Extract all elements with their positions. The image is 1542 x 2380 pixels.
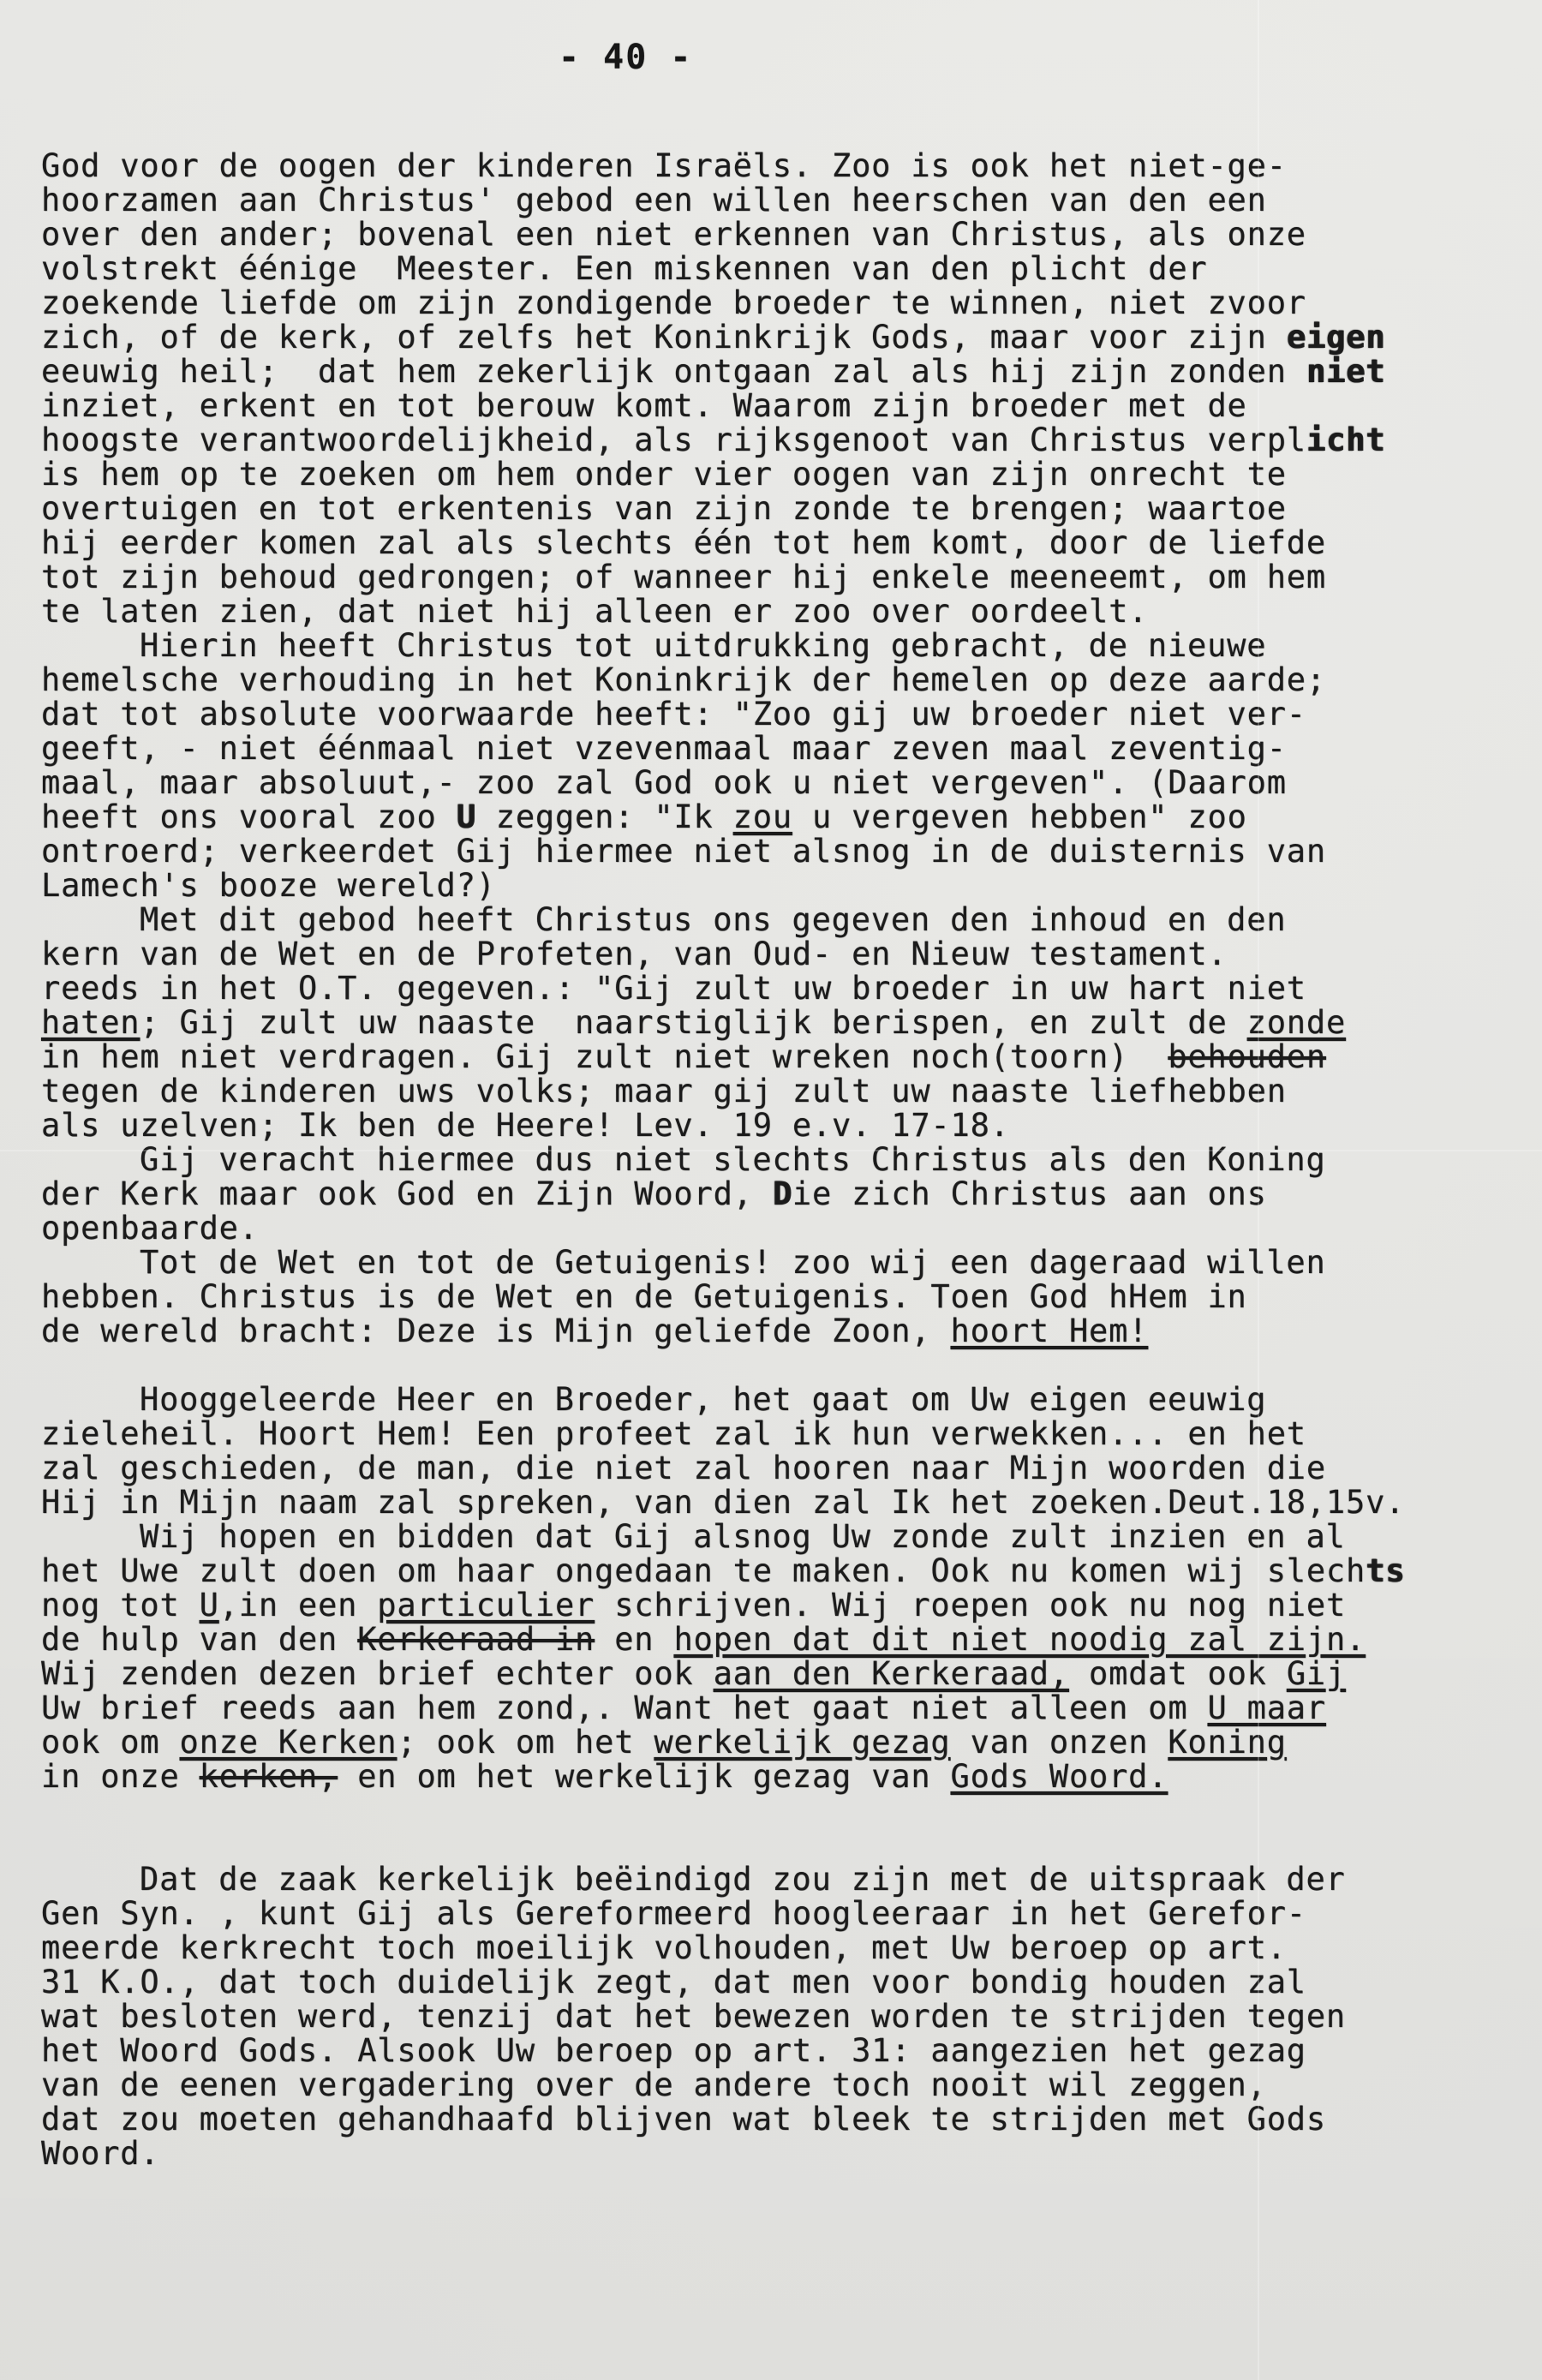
text-line: eeuwig heil; dat hem zekerlijk ontgaan z…: [41, 355, 1497, 389]
text-line: ook om onze Kerken; ook om het werkelijk…: [41, 1725, 1497, 1760]
text-line: het Woord Gods. Alsook Uw beroep op art.…: [41, 2034, 1497, 2068]
text-segment: ; Gij zult uw naaste naarstiglijk berisp…: [140, 1004, 1246, 1041]
text-segment: Tot de Wet en tot de Getuigenis! zoo wij…: [140, 1244, 1326, 1281]
text-line: hoogste verantwoordelijkheid, als rijksg…: [41, 423, 1497, 457]
text-line: wat besloten werd, tenzij dat het beweze…: [41, 2000, 1497, 2034]
underlined-text: haten: [41, 1004, 140, 1041]
text-segment: maal, maar absoluut,- zoo zal God ook u …: [41, 764, 1287, 801]
text-segment: ; ook om het: [397, 1724, 654, 1761]
text-segment: te laten zien, dat niet hij alleen er zo…: [41, 593, 1148, 630]
text-line: Met dit gebod heeft Christus ons gegeven…: [41, 903, 1497, 937]
text-segment: Wij hopen en bidden dat Gij alsnog Uw zo…: [140, 1518, 1346, 1555]
typewritten-text: God voor de oogen der kinderen Israëls. …: [41, 149, 1497, 2171]
paragraph: Met dit gebod heeft Christus ons gegeven…: [41, 903, 1497, 1143]
text-segment: u vergeven hebben" zoo: [792, 798, 1247, 835]
text-segment: God voor de oogen der kinderen Israëls. …: [41, 147, 1287, 184]
text-line: Uw brief reeds aan hem zond,. Want het g…: [41, 1691, 1497, 1725]
text-segment: zeggen: "Ik: [476, 798, 733, 835]
underlined-text: zonde: [1247, 1004, 1346, 1041]
text-line: der Kerk maar ook God en Zijn Woord, Die…: [41, 1177, 1497, 1211]
text-line: hij eerder komen zal als slechts één tot…: [41, 526, 1497, 560]
underlined-text: Gij: [1287, 1655, 1346, 1692]
text-segment: heeft ons vooral zoo: [41, 798, 457, 835]
text-line: meerde kerkrecht toch moeilijk volhouden…: [41, 1931, 1497, 1965]
text-segment: en: [595, 1621, 673, 1658]
underlined-text: Gods Woord.: [951, 1758, 1168, 1795]
text-segment: is hem op te zoeken om hem onder vier oo…: [41, 456, 1287, 493]
text-segment: D: [773, 1175, 792, 1212]
text-segment: ontroerd; verkeerdet Gij hiermee niet al…: [41, 833, 1326, 870]
paragraph: Wij hopen en bidden dat Gij alsnog Uw zo…: [41, 1520, 1497, 1794]
text-line: God voor de oogen der kinderen Israëls. …: [41, 149, 1497, 183]
text-line: Wij hopen en bidden dat Gij alsnog Uw zo…: [41, 1520, 1497, 1554]
text-line: zoekende liefde om zijn zondigende broed…: [41, 286, 1497, 320]
paragraph: God voor de oogen der kinderen Israëls. …: [41, 149, 1497, 629]
text-segment: meerde kerkrecht toch moeilijk volhouden…: [41, 1929, 1287, 1966]
text-segment: en om het werkelijk gezag van: [338, 1758, 950, 1795]
text-segment: inziet, erkent en tot berouw komt. Waaro…: [41, 387, 1247, 424]
text-line: geeft, - niet éénmaal niet vzevenmaal ma…: [41, 732, 1497, 766]
text-line: over den ander; bovenal een niet erkenne…: [41, 218, 1497, 252]
text-segment: hebben. Christus is de Wet en de Getuige…: [41, 1278, 1247, 1315]
text-segment: overtuigen en tot erkentenis van zijn zo…: [41, 490, 1287, 527]
text-segment: hoogste verantwoordelijkheid, als rijksg…: [41, 422, 1306, 458]
text-line: zich, of de kerk, of zelfs het Koninkrij…: [41, 320, 1497, 355]
text-line: inziet, erkent en tot berouw komt. Waaro…: [41, 389, 1497, 423]
text-line: tegen de kinderen uws volks; maar gij zu…: [41, 1074, 1497, 1109]
underlined-text: onze Kerken: [180, 1724, 397, 1761]
text-segment: ,in een: [219, 1587, 378, 1624]
underlined-text: werkelijk gezag: [654, 1724, 950, 1761]
underlined-text: hopen dat dit niet noodig zal zijn.: [673, 1621, 1366, 1658]
text-line: Hierin heeft Christus tot uitdrukking ge…: [41, 629, 1497, 663]
text-line: de hulp van den Kerkeraad in en hopen da…: [41, 1623, 1497, 1657]
text-segment: ie zich Christus aan ons: [792, 1175, 1267, 1212]
underlined-text: particulier: [377, 1587, 595, 1624]
text-line: van de eenen vergadering over de andere …: [41, 2068, 1497, 2102]
text-segment: Dat de zaak kerkelijk beëindigd zou zijn…: [140, 1861, 1346, 1898]
text-line: in onze kerken, en om het werkelijk geza…: [41, 1760, 1497, 1794]
text-segment: Met dit gebod heeft Christus ons gegeven…: [140, 901, 1286, 938]
text-line: hebben. Christus is de Wet en de Getuige…: [41, 1280, 1497, 1314]
text-line: 31 K.O., dat toch duidelijk zegt, dat me…: [41, 1965, 1497, 2000]
text-segment: Lamech's booze wereld?): [41, 867, 496, 904]
text-segment: tegen de kinderen uws volks; maar gij zu…: [41, 1073, 1287, 1109]
text-segment: Hooggeleerde Heer en Broeder, het gaat o…: [140, 1381, 1266, 1418]
text-segment: niet: [1306, 353, 1385, 390]
text-line: het Uwe zult doen om haar ongedaan te ma…: [41, 1554, 1497, 1588]
text-segment: als uzelven; Ik ben de Heere! Lev. 19 e.…: [41, 1107, 1010, 1144]
text-segment: openbaarde.: [41, 1210, 259, 1247]
text-segment: zal geschieden, de man, die niet zal hoo…: [41, 1450, 1326, 1486]
text-line: is hem op te zoeken om hem onder vier oo…: [41, 457, 1497, 492]
text-segment: Uw brief reeds aan hem zond,. Want het g…: [41, 1689, 1207, 1726]
text-segment: reeds in het O.T. gegeven.: "Gij zult uw…: [41, 970, 1306, 1007]
text-segment: ook om: [41, 1724, 180, 1761]
struck-text: Kerkeraad in: [357, 1621, 595, 1658]
text-segment: geeft, - niet éénmaal niet vzevenmaal ma…: [41, 730, 1287, 767]
text-segment: zoekende liefde om zijn zondigende broed…: [41, 284, 1306, 321]
text-segment: 31 K.O., dat toch duidelijk zegt, dat me…: [41, 1964, 1306, 2000]
text-line: als uzelven; Ik ben de Heere! Lev. 19 e.…: [41, 1109, 1497, 1143]
text-segment: volstrekt éénige Meester. Een miskennen …: [41, 250, 1207, 287]
text-line: Hij in Mijn naam zal spreken, van dien z…: [41, 1486, 1497, 1520]
text-line: Hooggeleerde Heer en Broeder, het gaat o…: [41, 1383, 1497, 1417]
text-segment: omdat ook: [1069, 1655, 1287, 1692]
underlined-text: Koning: [1168, 1724, 1286, 1761]
text-segment: Wij zenden dezen brief echter ook: [41, 1655, 714, 1692]
text-line: ontroerd; verkeerdet Gij hiermee niet al…: [41, 834, 1497, 869]
paragraph: Gij veracht hiermee dus niet slechts Chr…: [41, 1143, 1497, 1246]
text-line: Lamech's booze wereld?): [41, 869, 1497, 903]
text-segment: nog tot: [41, 1587, 200, 1624]
paragraph: Hooggeleerde Heer en Broeder, het gaat o…: [41, 1383, 1497, 1520]
text-line: zal geschieden, de man, die niet zal hoo…: [41, 1451, 1497, 1486]
text-segment: Gij veracht hiermee dus niet slechts Chr…: [140, 1141, 1326, 1178]
text-segment: ts: [1366, 1552, 1405, 1589]
text-segment: eigen: [1287, 319, 1385, 356]
text-segment: in onze: [41, 1758, 200, 1795]
text-segment: dat zou moeten gehandhaafd blijven wat b…: [41, 2101, 1326, 2138]
text-line: kern van de Wet en de Profeten, van Oud-…: [41, 937, 1497, 972]
text-line: Tot de Wet en tot de Getuigenis! zoo wij…: [41, 1246, 1497, 1280]
paragraph: Hierin heeft Christus tot uitdrukking ge…: [41, 629, 1497, 903]
underlined-text: aan den Kerkeraad,: [714, 1655, 1069, 1692]
text-segment: dat tot absolute voorwaarde heeft: "Zoo …: [41, 696, 1306, 733]
text-segment: der Kerk maar ook God en Zijn Woord,: [41, 1175, 773, 1212]
text-line: reeds in het O.T. gegeven.: "Gij zult uw…: [41, 972, 1497, 1006]
document-page: - 40 - God voor de oogen der kinderen Is…: [0, 0, 1542, 2380]
text-segment: het Uwe zult doen om haar ongedaan te ma…: [41, 1552, 1366, 1589]
text-segment: kern van de Wet en de Profeten, van Oud-…: [41, 936, 1228, 972]
text-segment: van de eenen vergadering over de andere …: [41, 2066, 1267, 2103]
text-segment: over den ander; bovenal een niet erkenne…: [41, 216, 1306, 253]
paragraph: Tot de Wet en tot de Getuigenis! zoo wij…: [41, 1246, 1497, 1348]
text-line: dat tot absolute voorwaarde heeft: "Zoo …: [41, 697, 1497, 732]
text-line: heeft ons vooral zoo U zeggen: "Ik zou u…: [41, 800, 1497, 834]
paragraph: Dat de zaak kerkelijk beëindigd zou zijn…: [41, 1863, 1497, 2171]
struck-text: kerken,: [200, 1758, 338, 1795]
text-line: te laten zien, dat niet hij alleen er zo…: [41, 595, 1497, 629]
text-line: overtuigen en tot erkentenis van zijn zo…: [41, 492, 1497, 526]
text-segment: hoorzamen aan Christus' gebod een willen…: [41, 182, 1267, 218]
page-number: - 40 -: [559, 38, 693, 77]
text-segment: van onzen: [951, 1724, 1168, 1761]
text-line: tot zijn behoud gedrongen; of wanneer hi…: [41, 560, 1497, 595]
underlined-text: U: [200, 1587, 219, 1624]
text-line: openbaarde.: [41, 1211, 1497, 1246]
text-segment: tot zijn behoud gedrongen; of wanneer hi…: [41, 559, 1326, 595]
text-line: hemelsche verhouding in het Koninkrijk d…: [41, 663, 1497, 697]
text-segment: de hulp van den: [41, 1621, 357, 1658]
text-segment: eeuwig heil; dat hem zekerlijk ontgaan z…: [41, 353, 1306, 390]
text-segment: hij eerder komen zal als slechts één tot…: [41, 524, 1326, 561]
struck-text: behouden: [1168, 1038, 1326, 1075]
text-segment: schrijven. Wij roepen ook nu nog niet: [595, 1587, 1346, 1624]
text-segment: U: [457, 798, 476, 835]
text-segment: in hem niet verdragen. Gij zult niet wre…: [41, 1038, 1168, 1075]
text-line: volstrekt éénige Meester. Een miskennen …: [41, 252, 1497, 286]
text-segment: het Woord Gods. Alsook Uw beroep op art.…: [41, 2032, 1306, 2069]
text-line: Gij veracht hiermee dus niet slechts Chr…: [41, 1143, 1497, 1177]
text-line: dat zou moeten gehandhaafd blijven wat b…: [41, 2102, 1497, 2137]
underlined-text: U maar: [1207, 1689, 1325, 1726]
text-segment: Woord.: [41, 2135, 159, 2172]
text-segment: zich, of de kerk, of zelfs het Koninkrij…: [41, 319, 1287, 356]
text-segment: zieleheil. Hoort Hem! Een profeet zal ik…: [41, 1415, 1306, 1452]
text-line: in hem niet verdragen. Gij zult niet wre…: [41, 1040, 1497, 1074]
text-line: Woord.: [41, 2137, 1497, 2171]
underlined-text: hoort Hem!: [951, 1313, 1149, 1349]
text-segment: Hierin heeft Christus tot uitdrukking ge…: [140, 627, 1266, 664]
text-line: haten; Gij zult uw naaste naarstiglijk b…: [41, 1006, 1497, 1040]
text-line: maal, maar absoluut,- zoo zal God ook u …: [41, 766, 1497, 800]
text-line: Gen Syn. , kunt Gij als Gereformeerd hoo…: [41, 1897, 1497, 1931]
text-segment: de wereld bracht: Deze is Mijn geliefde …: [41, 1313, 951, 1349]
text-segment: hemelsche verhouding in het Koninkrijk d…: [41, 661, 1326, 698]
text-line: nog tot U,in een particulier schrijven. …: [41, 1588, 1497, 1623]
text-line: hoorzamen aan Christus' gebod een willen…: [41, 183, 1497, 218]
text-segment: Gen Syn. , kunt Gij als Gereformeerd hoo…: [41, 1895, 1306, 1932]
text-segment: icht: [1306, 422, 1385, 458]
text-line: Dat de zaak kerkelijk beëindigd zou zijn…: [41, 1863, 1497, 1897]
text-line: de wereld bracht: Deze is Mijn geliefde …: [41, 1314, 1497, 1348]
text-segment: Hij in Mijn naam zal spreken, van dien z…: [41, 1484, 1405, 1521]
text-line: Wij zenden dezen brief echter ook aan de…: [41, 1657, 1497, 1691]
underlined-text: zou: [733, 798, 792, 835]
text-line: zieleheil. Hoort Hem! Een profeet zal ik…: [41, 1417, 1497, 1451]
text-segment: wat besloten werd, tenzij dat het beweze…: [41, 1998, 1346, 2035]
